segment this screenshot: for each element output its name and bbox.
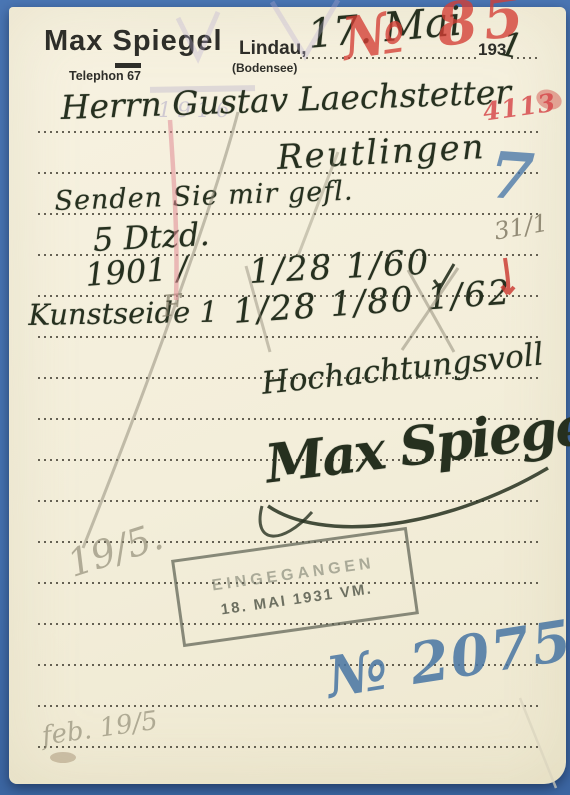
telephone-line: Telephon 67: [69, 69, 141, 83]
company-name: Max Spiegel: [44, 25, 223, 58]
letterhead-dash: [115, 63, 141, 68]
ruled-line: [38, 705, 538, 707]
body-line-4-label: Kunstseide 1: [28, 295, 218, 332]
body-line-3-label: 1901 /: [84, 249, 189, 294]
paper-scuff: [50, 752, 76, 763]
blue-tally-mark: 7: [487, 138, 537, 216]
ruled-line: [38, 336, 538, 338]
region-name: (Bodensee): [232, 61, 297, 75]
pencil-letter: F: [160, 288, 184, 325]
scanned-postcard-page: Max Spiegel Telephon 67 Lindau, (Bodense…: [0, 0, 570, 795]
city-name: Lindau,: [239, 38, 307, 60]
ruled-line: [38, 500, 538, 502]
ruled-line: [38, 746, 538, 748]
